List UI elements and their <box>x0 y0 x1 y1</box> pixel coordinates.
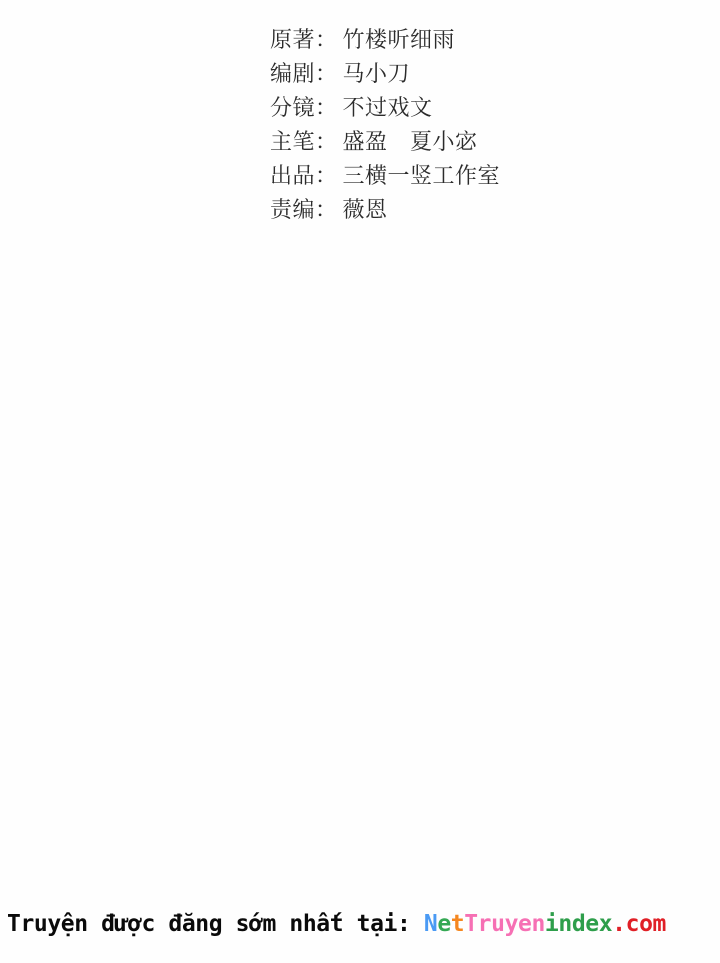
site-name-segment: Truyen <box>464 911 545 937</box>
credits-block: 原著：竹楼听细雨 编剧：马小刀 分镜：不过戏文 主笔：盛盈 夏小宓 出品：三横一… <box>270 24 500 228</box>
credit-line-storyboard: 分镜：不过戏文 <box>270 92 500 126</box>
credit-line-scriptwriter: 编剧：马小刀 <box>270 58 500 92</box>
credit-label: 责编： <box>270 194 338 228</box>
credit-value: 不过戏文 <box>343 92 433 126</box>
credit-label: 出品： <box>270 160 338 194</box>
credit-line-editor: 责编：薇恩 <box>270 194 500 228</box>
credit-value: 盛盈 夏小宓 <box>343 126 478 160</box>
footer-watermark: Truyện được đăng sớm nhất tại: NetTruyen… <box>7 901 720 953</box>
credit-value: 马小刀 <box>343 58 411 92</box>
comic-page: 原著：竹楼听细雨 编剧：马小刀 分镜：不过戏文 主笔：盛盈 夏小宓 出品：三横一… <box>0 0 720 963</box>
credit-label: 编剧： <box>270 58 338 92</box>
site-name-segment: t <box>451 911 464 937</box>
site-name-segment: index <box>545 911 612 937</box>
credit-value: 薇恩 <box>343 194 388 228</box>
credit-label: 原著： <box>270 24 338 58</box>
site-name-segment: e <box>437 911 450 937</box>
credit-value: 三横一竖工作室 <box>343 160 501 194</box>
credit-value: 竹楼听细雨 <box>343 24 456 58</box>
site-name-segment: N <box>424 911 437 937</box>
site-name: NetTruyenindex.com <box>424 911 666 937</box>
footer-text: Truyện được đăng sớm nhất tại: <box>7 911 424 937</box>
credit-line-production: 出品：三横一竖工作室 <box>270 160 500 194</box>
credit-line-original-author: 原著：竹楼听细雨 <box>270 24 500 58</box>
credit-label: 主笔： <box>270 126 338 160</box>
credit-line-lead-artist: 主笔：盛盈 夏小宓 <box>270 126 500 160</box>
credit-label: 分镜： <box>270 92 338 126</box>
site-name-segment: .com <box>612 911 666 937</box>
